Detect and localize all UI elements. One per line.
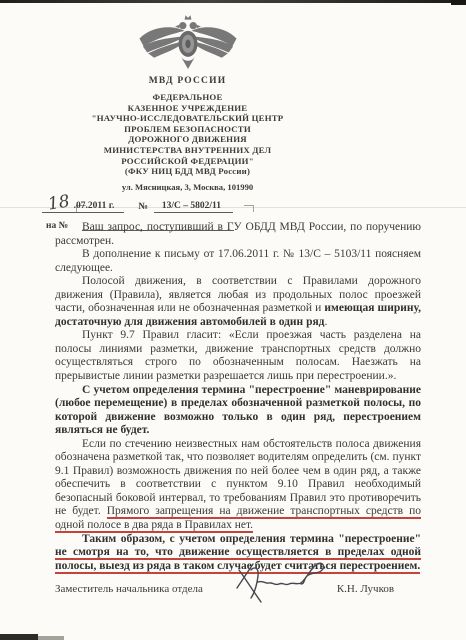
emphasized-text: С учетом определения термина "перестроен…	[55, 384, 421, 437]
outgoing-date: 18 .07.2011 г.	[42, 196, 124, 213]
letter-paragraph: Полосой движения, в соответствии с Прави…	[55, 275, 421, 329]
org-name-line: "НАУЧНО-ИССЛЕДОВАТЕЛЬСКИЙ ЦЕНТР	[40, 113, 335, 124]
org-full-name: ФЕДЕРАЛЬНОЕКАЗЕННОЕ УЧРЕЖДЕНИЕ"НАУЧНО-ИС…	[40, 92, 335, 177]
org-name-line: РОССИЙСКОЙ ФЕДЕРАЦИИ"	[40, 156, 335, 167]
org-name-line: ПРОБЛЕМ БЕЗОПАСНОСТИ	[40, 124, 335, 135]
scan-bottom-left-artifact-fade	[38, 636, 64, 640]
handwritten-day: 18	[47, 194, 71, 211]
letter-paragraph: Ваш запрос, поступивший в ГУ ОБДД МВД Ро…	[55, 221, 421, 248]
outgoing-date-row: 18 .07.2011 г. № 13/С – 5802/11	[42, 196, 272, 213]
scanned-letter-page: МВД РОССИИ ФЕДЕРАЛЬНОЕКАЗЕННОЕ УЧРЕЖДЕНИ…	[0, 0, 466, 640]
org-name-line: МИНИСТЕРСТВА ВНУТРЕННИХ ДЕЛ	[40, 145, 335, 156]
body-text: Пункт 9.7 Правил гласит: «Если проезжая …	[55, 329, 421, 382]
emphasized-text: Таким образом, с учетом определения терм…	[82, 533, 421, 545]
scan-top-edge-artifact	[0, 0, 466, 3]
org-address: ул. Мясницкая, 3, Москва, 101990	[40, 182, 335, 192]
scan-top-right-artifact	[451, 0, 466, 5]
letter-paragraph: Пункт 9.7 Правил гласит: «Если проезжая …	[55, 329, 421, 383]
letter-paragraph: Если по стечению неизвестных нам обстоят…	[55, 438, 421, 533]
org-short-name: МВД РОССИИ	[40, 76, 335, 86]
signer-position: Заместитель начальника отдела	[55, 583, 203, 595]
letter-body: Ваш запрос, поступивший в ГУ ОБДД МВД Ро…	[55, 221, 421, 573]
outgoing-number: 13/С – 5802/11	[154, 201, 233, 213]
number-sign: №	[138, 202, 148, 212]
mvd-eagle-emblem-icon	[136, 14, 240, 72]
org-name-line: КАЗЕННОЕ УЧРЕЖДЕНИЕ	[40, 103, 335, 114]
date-month-year: .07.2011 г.	[74, 201, 115, 211]
scan-bottom-left-artifact	[0, 634, 38, 640]
org-name-line: (ФКУ НИЦ БДД МВД России)	[40, 166, 335, 177]
signer-name: К.Н. Лучков	[337, 583, 394, 595]
body-text: .	[325, 316, 328, 328]
letter-paragraph: В дополнение к письму от 17.06.2011 г. №…	[55, 248, 421, 275]
body-text: Ваш запрос, поступивший в ГУ ОБДД МВД Ро…	[55, 221, 421, 247]
org-name-line: ДОРОЖНОГО ДВИЖЕНИЯ	[40, 134, 335, 145]
body-text: В дополнение к письму от 17.06.2011 г. №…	[55, 248, 421, 274]
handwritten-signature	[231, 558, 327, 610]
red-underlined-text: Прямого запрещения на движение транспорт…	[55, 505, 421, 533]
signature-block: Заместитель начальника отдела К.Н. Лучко…	[55, 558, 435, 610]
letterhead: МВД РОССИИ ФЕДЕРАЛЬНОЕКАЗЕННОЕ УЧРЕЖДЕНИ…	[40, 14, 335, 231]
org-name-line: ФЕДЕРАЛЬНОЕ	[40, 92, 335, 103]
letter-paragraph: С учетом определения термина "перестроен…	[55, 384, 421, 438]
